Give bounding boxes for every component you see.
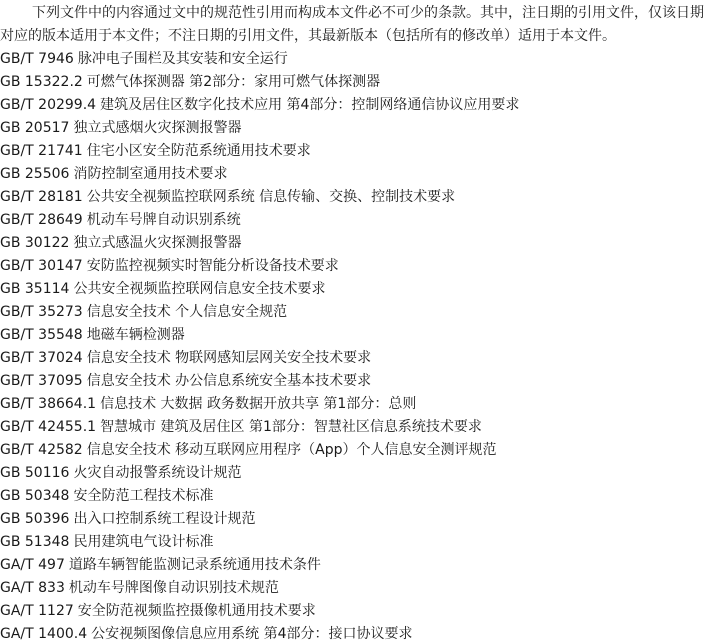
- reference-code: GB 25506: [0, 166, 69, 182]
- reference-code: GB 51348: [0, 534, 69, 550]
- reference-title: 独立式感烟火灾探测报警器: [73, 120, 241, 136]
- reference-code: GB/T 30147: [0, 258, 83, 274]
- reference-code: GB/T 42455.1: [0, 419, 96, 435]
- reference-title: 安防监控视频实时智能分析设备技术要求: [87, 258, 339, 274]
- reference-code: GB/T 37024: [0, 350, 83, 366]
- reference-code: GB/T 28649: [0, 212, 83, 228]
- reference-code: GB/T 38664.1: [0, 396, 96, 412]
- reference-code: GB 50116: [0, 465, 69, 481]
- reference-code: GB/T 35273: [0, 304, 83, 320]
- reference-item: GA/T 1127安全防范视频监控摄像机通用技术要求: [0, 600, 705, 623]
- reference-item: GB/T 35273信息安全技术 个人信息安全规范: [0, 301, 705, 324]
- reference-title: 火灾自动报警系统设计规范: [73, 465, 241, 481]
- reference-title: 信息安全技术 办公信息系统安全基本技术要求: [87, 373, 371, 389]
- reference-code: GA/T 833: [0, 580, 65, 596]
- reference-code: GB 35114: [0, 281, 69, 297]
- reference-item: GB/T 28649机动车号牌自动识别系统: [0, 209, 705, 232]
- reference-code: GB/T 35548: [0, 327, 83, 343]
- reference-code: GB/T 28181: [0, 189, 83, 205]
- reference-item: GB/T 37024信息安全技术 物联网感知层网关安全技术要求: [0, 347, 705, 370]
- reference-title: 信息安全技术 个人信息安全规范: [87, 304, 287, 320]
- reference-item: GB 25506消防控制室通用技术要求: [0, 163, 705, 186]
- reference-title: 机动车号牌图像自动识别技术规范: [69, 580, 279, 596]
- reference-title: 可燃气体探测器 第2部分：家用可燃气体探测器: [87, 74, 380, 90]
- reference-code: GB/T 21741: [0, 143, 83, 159]
- intro-line-1: 下列文件中的内容通过文中的规范性引用而构成本文件必不可少的条款。其中，注日期的引…: [32, 5, 704, 21]
- reference-item: GB 35114公共安全视频监控联网信息安全技术要求: [0, 278, 705, 301]
- reference-item: GB/T 42455.1智慧城市 建筑及居住区 第1部分：智慧社区信息系统技术要…: [0, 416, 705, 439]
- reference-code: GA/T 497: [0, 557, 65, 573]
- normative-references-section: 下列文件中的内容通过文中的规范性引用而构成本文件必不可少的条款。其中，注日期的引…: [0, 0, 705, 642]
- intro-line-2: 对应的版本适用于本文件；不注日期的引用文件，其最新版本（包括所有的修改单）适用于…: [0, 28, 616, 44]
- reference-title: 住宅小区安全防范系统通用技术要求: [87, 143, 311, 159]
- reference-code: GB 50396: [0, 511, 69, 527]
- reference-item: GA/T 497道路车辆智能监测记录系统通用技术条件: [0, 554, 705, 577]
- reference-title: 智慧城市 建筑及居住区 第1部分：智慧社区信息系统技术要求: [100, 419, 482, 435]
- reference-code: GB/T 42582: [0, 442, 83, 458]
- reference-code: GB 15322.2: [0, 74, 83, 90]
- reference-title: 独立式感温火灾探测报警器: [73, 235, 241, 251]
- reference-item: GA/T 1400.4公安视频图像信息应用系统 第4部分：接口协议要求: [0, 623, 705, 642]
- reference-code: GA/T 1400.4: [0, 626, 87, 642]
- reference-title: 建筑及居住区数字化技术应用 第4部分：控制网络通信协议应用要求: [100, 97, 519, 113]
- reference-item: GB 50396出入口控制系统工程设计规范: [0, 508, 705, 531]
- reference-title: 出入口控制系统工程设计规范: [73, 511, 255, 527]
- reference-title: 道路车辆智能监测记录系统通用技术条件: [69, 557, 321, 573]
- reference-item: GB/T 28181公共安全视频监控联网系统 信息传输、交换、控制技术要求: [0, 186, 705, 209]
- reference-item: GB 15322.2可燃气体探测器 第2部分：家用可燃气体探测器: [0, 71, 705, 94]
- reference-item: GB/T 20299.4建筑及居住区数字化技术应用 第4部分：控制网络通信协议应…: [0, 94, 705, 117]
- reference-item: GB/T 35548地磁车辆检测器: [0, 324, 705, 347]
- reference-title: 民用建筑电气设计标准: [73, 534, 213, 550]
- reference-item: GB/T 7946脉冲电子围栏及其安装和安全运行: [0, 48, 705, 71]
- reference-item: GB 30122独立式感温火灾探测报警器: [0, 232, 705, 255]
- reference-code: GB 30122: [0, 235, 69, 251]
- reference-item: GB/T 21741住宅小区安全防范系统通用技术要求: [0, 140, 705, 163]
- reference-item: GB/T 30147安防监控视频实时智能分析设备技术要求: [0, 255, 705, 278]
- reference-title: 脉冲电子围栏及其安装和安全运行: [78, 51, 288, 67]
- reference-item: GB 51348民用建筑电气设计标准: [0, 531, 705, 554]
- reference-code: GB/T 37095: [0, 373, 83, 389]
- reference-item: GB/T 42582信息安全技术 移动互联网应用程序（App）个人信息安全测评规…: [0, 439, 705, 462]
- reference-code: GB/T 20299.4: [0, 97, 96, 113]
- reference-title: 机动车号牌自动识别系统: [87, 212, 241, 228]
- reference-title: 消防控制室通用技术要求: [73, 166, 227, 182]
- reference-item: GB/T 38664.1信息技术 大数据 政务数据开放共享 第1部分：总则: [0, 393, 705, 416]
- reference-code: GB 20517: [0, 120, 69, 136]
- reference-code: GB/T 7946: [0, 51, 74, 67]
- reference-title: 公共安全视频监控联网系统 信息传输、交换、控制技术要求: [87, 189, 455, 205]
- reference-item: GB 50116火灾自动报警系统设计规范: [0, 462, 705, 485]
- reference-title: 公共安全视频监控联网信息安全技术要求: [73, 281, 325, 297]
- intro-paragraph: 下列文件中的内容通过文中的规范性引用而构成本文件必不可少的条款。其中，注日期的引…: [0, 2, 705, 48]
- reference-code: GB 50348: [0, 488, 69, 504]
- reference-item: GA/T 833机动车号牌图像自动识别技术规范: [0, 577, 705, 600]
- reference-item: GB/T 37095信息安全技术 办公信息系统安全基本技术要求: [0, 370, 705, 393]
- reference-title: 信息安全技术 物联网感知层网关安全技术要求: [87, 350, 371, 366]
- reference-title: 公安视频图像信息应用系统 第4部分：接口协议要求: [91, 626, 412, 642]
- reference-list: GB/T 7946脉冲电子围栏及其安装和安全运行 GB 15322.2可燃气体探…: [0, 48, 705, 642]
- reference-title: 信息技术 大数据 政务数据开放共享 第1部分：总则: [100, 396, 416, 412]
- reference-code: GA/T 1127: [0, 603, 74, 619]
- reference-title: 地磁车辆检测器: [87, 327, 185, 343]
- reference-item: GB 50348安全防范工程技术标准: [0, 485, 705, 508]
- reference-title: 安全防范视频监控摄像机通用技术要求: [78, 603, 316, 619]
- reference-item: GB 20517独立式感烟火灾探测报警器: [0, 117, 705, 140]
- reference-title: 信息安全技术 移动互联网应用程序（App）个人信息安全测评规范: [87, 442, 497, 458]
- reference-title: 安全防范工程技术标准: [73, 488, 213, 504]
